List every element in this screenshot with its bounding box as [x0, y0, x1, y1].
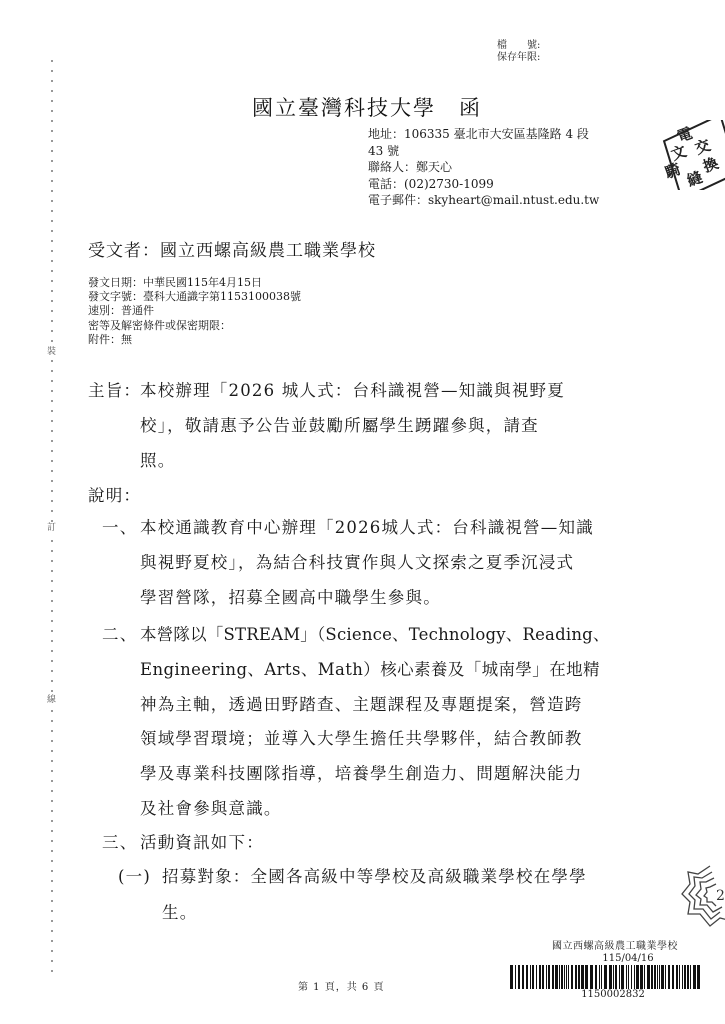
document-number: 發文字號：臺科大通識字第1153100038號: [88, 290, 301, 304]
sub-item-marker: (一): [118, 867, 151, 887]
electronic-exchange-stamp: 電 交 文 換 騎 縫: [655, 120, 725, 190]
item-marker: 三、: [102, 833, 137, 853]
item-line: 學及專業科技團隊指導，培養學生創造力、問題解決能力: [140, 764, 583, 784]
receipt-date: 115/04/16: [548, 953, 708, 965]
binding-mark-bottom: 線: [47, 695, 56, 706]
sender-phone: 電話：(02)2730-1099: [368, 176, 599, 193]
item-line: 與視野夏校」，為結合科技實作與人文探索之夏季沉浸式: [140, 553, 574, 573]
item-line: 學習營隊，招募全國高中職學生參與。: [140, 588, 441, 608]
page-seal-mark: 2: [680, 862, 725, 932]
receipt-school: 國立西螺高級農工職業學校: [522, 941, 708, 953]
page-number: 第 1 頁，共 6 頁: [298, 978, 384, 993]
recipient: 受文者：國立西螺高級農工職業學校: [88, 236, 376, 261]
subject-line: 本校辦理「2026 城人式：台科識視營—知識與視野夏: [140, 381, 565, 401]
sender-email: 電子郵件：skyheart@mail.ntust.edu.tw: [368, 192, 599, 209]
sender-info: 地址：106335 臺北市大安區基隆路 4 段 43 號 聯絡人：鄭天心 電話：…: [368, 126, 599, 209]
item-line: 活動資訊如下：: [140, 833, 264, 853]
issue-date: 發文日期：中華民國115年4月15日: [88, 276, 301, 290]
sender-contact: 聯絡人：鄭天心: [368, 159, 599, 176]
attachment: 附件：無: [88, 333, 301, 347]
explanation-label: 說明：: [88, 486, 141, 506]
delivery-speed: 速別：普通件: [88, 304, 301, 318]
item-marker: 二、: [102, 625, 137, 645]
subject-line: 校」，敬請惠予公告並鼓勵所屬學生踴躍參與，請查: [140, 416, 539, 436]
security-level: 密等及解密條件或保密期限：: [88, 319, 301, 333]
item-marker: 一、: [102, 518, 137, 538]
seal-stamp-icon: 2: [680, 862, 725, 932]
binding-margin-dotted-line: [48, 56, 56, 976]
svg-text:2: 2: [716, 888, 725, 904]
receipt-barcode-label: 國立西螺高級農工職業學校 115/04/16 1150002832: [508, 941, 708, 1000]
sub-item-line: 生。: [162, 903, 197, 923]
barcode-number: 1150002832: [518, 989, 708, 1000]
item-line: 本校通識教育中心辦理「2026城人式：台科識視營—知識: [140, 518, 594, 538]
sender-address-line1: 地址：106335 臺北市大安區基隆路 4 段: [368, 126, 599, 143]
barcode: [510, 965, 708, 989]
document-title: 國立臺灣科技大學 函: [252, 92, 482, 122]
subject-line: 照。: [140, 451, 175, 471]
sub-item-line: 招募對象：全國各高級中等學校及高級職業學校在學學: [162, 867, 587, 887]
retention-period-label: 保存年限:: [497, 52, 540, 64]
item-line: 及社會參與意識。: [140, 799, 282, 819]
item-line: 本營隊以「STREAM」（Science、Technology、Reading、: [140, 625, 610, 645]
sender-address-line2: 43 號: [368, 143, 599, 160]
item-line: 神為主軸，透過田野踏查、主題課程及專題提案，營造跨: [140, 695, 583, 715]
subject-label: 主旨：: [88, 381, 141, 401]
binding-mark-middle: 訂: [47, 523, 56, 534]
file-number-label: 檔 號:: [497, 40, 540, 52]
item-line: 領域學習環境；並導入大學生擔任共學夥伴，結合教師教: [140, 729, 583, 749]
document-meta: 發文日期：中華民國115年4月15日 發文字號：臺科大通識字第115310003…: [88, 276, 301, 347]
item-line: Engineering、Arts、Math）核心素養及「城南學」在地精: [140, 660, 600, 680]
binding-mark-top: 裝: [47, 347, 56, 358]
